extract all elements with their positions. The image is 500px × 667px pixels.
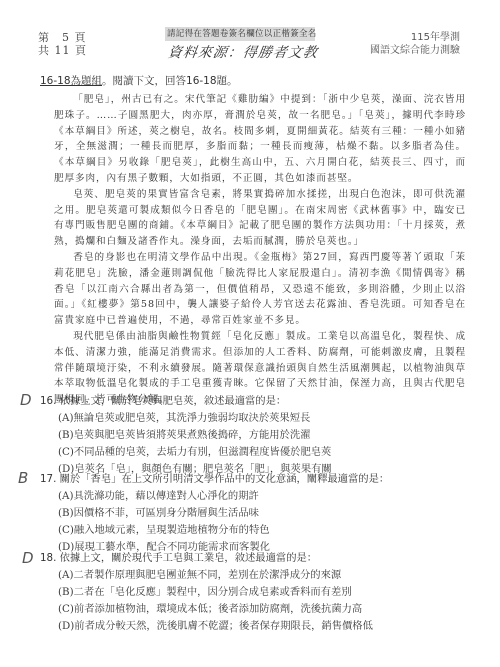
header-center: 請記得在答題卷簽名欄位以正楷簽全名 資料來源：得勝者文教	[165, 27, 315, 62]
page-total: 共 11 頁	[38, 44, 87, 57]
option-list: (A)具洗滌功能，藉以傳達對人心淨化的期許 (B)因價格不菲，可區別身分階層與生…	[58, 488, 389, 556]
option-b[interactable]: (B)二者在「皂化反應」製程中，因分別合成皂素或香料而有差別	[58, 584, 373, 601]
exam-info: 115年學測 國語文綜合能力測驗	[370, 31, 460, 57]
exam-subject: 國語文綜合能力測驗	[370, 44, 460, 57]
question-number: 17.	[40, 473, 56, 485]
exam-year: 115年學測	[370, 31, 460, 44]
question-18: 18. 依據上文，關於現代手工皂與工業皂，敘述最適當的是： (A)二者製作原理與…	[40, 549, 373, 635]
option-list: (A)無論皂莢或肥皂莢，其洗淨力強弱均取決於莢果短長 (B)皂莢與肥皂莢皆須將莢…	[58, 410, 332, 478]
handwritten-answer-mark: B	[18, 469, 28, 487]
option-c[interactable]: (C)不同品種的皂莢，去垢力有別，但滋潤程度皆優於肥皂莢	[58, 444, 332, 461]
question-group-title: 16-18為題組。閱讀下文，回答16-18題。	[40, 73, 238, 88]
question-number: 16.	[40, 395, 56, 407]
question-number: 18.	[40, 552, 56, 564]
passage-paragraph: 皂莢、肥皂莢的果實皆富含皂素，將果實搗碎加水揉搓，出現白色泡沫，即可供洗濯之用。…	[54, 187, 466, 250]
option-a[interactable]: (A)二者製作原理與肥皂團並無不同，差別在於潔淨成分的來源	[58, 567, 373, 584]
option-list: (A)二者製作原理與肥皂團並無不同，差別在於潔淨成分的來源 (B)二者在「皂化反…	[58, 567, 373, 635]
handwritten-answer-mark: D	[20, 391, 32, 409]
option-b[interactable]: (B)皂莢與肥皂莢皆須將莢果煮熟後搗碎，方能用於洗濯	[58, 427, 332, 444]
option-a[interactable]: (A)具洗滌功能，藉以傳達對人心淨化的期許	[58, 488, 389, 505]
exam-page: 第 5 頁 共 11 頁 請記得在答題卷簽名欄位以正楷簽全名 資料來源：得勝者文…	[0, 0, 500, 667]
question-16: 16. 依據上文，關於皂莢與肥皂莢，敘述最適當的是： (A)無論皂莢或肥皂莢，其…	[40, 392, 332, 478]
option-a[interactable]: (A)無論皂莢或肥皂莢，其洗淨力強弱均取決於莢果短長	[58, 410, 332, 427]
passage-paragraph: 「肥皂」，州古已有之。宋代筆記《雞肋編》中提到：「浙中少皂莢，澡面、浣衣皆用肥珠…	[54, 92, 466, 187]
handwritten-answer-mark: D	[22, 549, 34, 567]
question-stem: 依據上文，關於現代手工皂與工業皂，敘述最適當的是：	[60, 552, 317, 564]
option-c[interactable]: (C)前者添加植物油，環境成本低；後者添加防腐劑，洗後抗菌力高	[58, 601, 373, 618]
question-stem: 依據上文，關於皂莢與肥皂莢，敘述最適當的是：	[60, 395, 287, 407]
passage-paragraph: 香皂的身影也在明清文學作品中出現。《金瓶梅》第27回，寫西門慶等著丫頭取「茉莉花…	[54, 250, 466, 329]
group-instruction: 。閱讀下文，回答16-18題。	[102, 75, 238, 87]
option-b[interactable]: (B)因價格不菲，可區別身分階層與生活品味	[58, 505, 389, 522]
page-counter: 第 5 頁 共 11 頁	[38, 31, 87, 57]
signature-notice: 請記得在答題卷簽名欄位以正楷簽全名	[165, 27, 315, 41]
question-17: 17. 關於「香皂」在上文所引明清文學作品中的文化意涵，闡釋最適當的是： (A)…	[40, 470, 389, 556]
question-stem: 關於「香皂」在上文所引明清文學作品中的文化意涵，闡釋最適當的是：	[60, 473, 390, 485]
handwritten-source-note: 資料來源：得勝者文教	[167, 42, 317, 62]
group-range-label: 16-18為題組	[40, 75, 102, 87]
option-c[interactable]: (C)融入地域元素，呈現製造地植物分布的特色	[58, 522, 389, 539]
reading-passage: 「肥皂」，州古已有之。宋代筆記《雞肋編》中提到：「浙中少皂莢，澡面、浣衣皆用肥珠…	[54, 92, 466, 408]
option-d[interactable]: (D)前者成分較天然，洗後肌膚不乾澀；後者保存期限長，銷售價格低	[58, 618, 373, 635]
page-current: 第 5 頁	[38, 31, 87, 44]
